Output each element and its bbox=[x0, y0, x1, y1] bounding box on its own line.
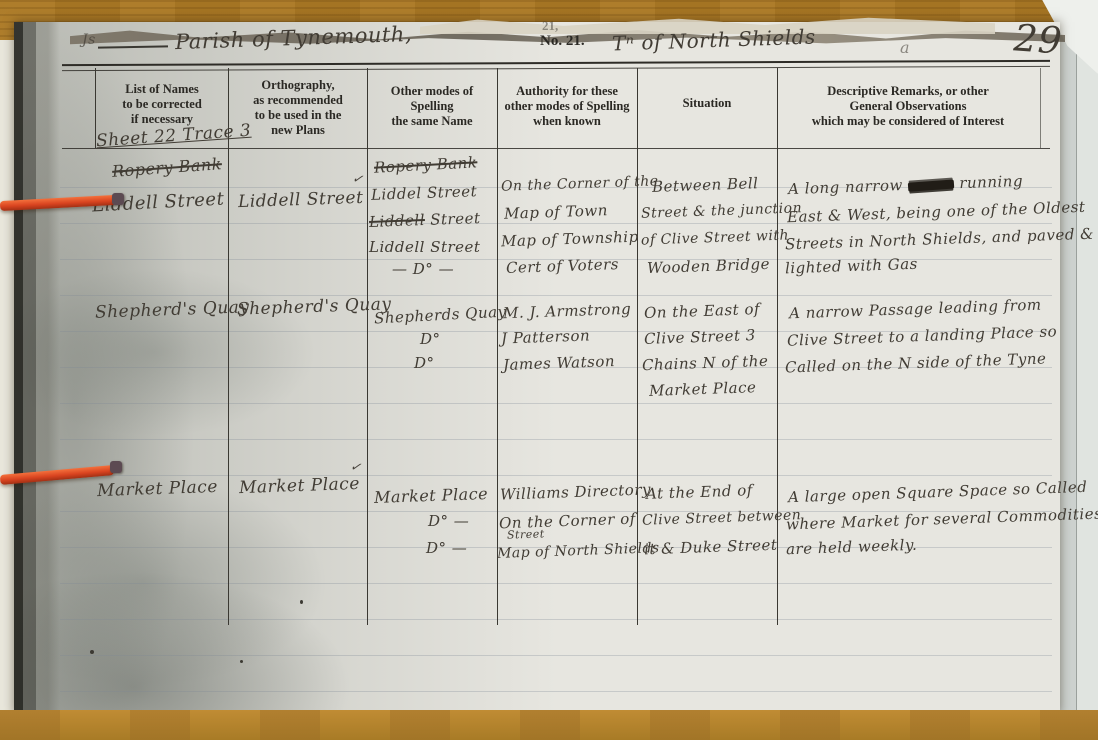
book-gutter-shadow bbox=[14, 22, 60, 714]
authority-line: J Patterson bbox=[501, 326, 591, 347]
situation-line: At the End of bbox=[646, 481, 753, 503]
remarks-text: running bbox=[959, 172, 1023, 192]
column-header-names: List of Names to be corrected if necessa… bbox=[97, 82, 227, 127]
binding-cord-tip bbox=[112, 193, 124, 205]
other-mode-line: D° bbox=[414, 354, 435, 372]
underlying-pages-edge-outer bbox=[1076, 0, 1098, 740]
column-header-remarks: Descriptive Remarks, or other General Ob… bbox=[779, 84, 1037, 129]
column-divider bbox=[228, 68, 229, 625]
authority-insert-word: Street bbox=[507, 527, 545, 541]
other-mode-line: Market Place bbox=[374, 484, 489, 507]
other-mode-line: D° bbox=[420, 330, 441, 348]
page-number: 29 bbox=[1013, 16, 1064, 62]
corner-initials: Js bbox=[82, 32, 96, 48]
situation-line: Between Bell bbox=[652, 174, 759, 196]
wooden-table-edge bbox=[0, 710, 1098, 740]
situation-line: Market Place bbox=[649, 378, 757, 400]
other-mode-line: Liddell Street bbox=[369, 238, 480, 256]
ink-speck bbox=[240, 660, 243, 663]
struck-word: Liddell bbox=[369, 211, 426, 231]
other-mode-line: Liddel Street bbox=[371, 182, 478, 204]
rest-word: Street bbox=[425, 209, 481, 229]
orthography-entry: Market Place bbox=[239, 474, 360, 498]
ghost-number: 21, bbox=[542, 18, 558, 33]
column-divider bbox=[497, 68, 498, 625]
column-divider bbox=[367, 68, 368, 625]
column-header-other-modes: Other modes of Spelling the same Name bbox=[369, 84, 495, 129]
column-header-authority: Authority for these other modes of Spell… bbox=[499, 84, 635, 129]
book-number-label: No. 21. bbox=[540, 34, 585, 49]
column-header-situation: Situation bbox=[639, 96, 775, 111]
scanned-name-book-page: Js Parish of Tynemouth, 21, No. 21. Tⁿ o… bbox=[0, 0, 1098, 740]
header-bottom-rule bbox=[62, 148, 1050, 149]
table-right-border bbox=[1040, 68, 1041, 148]
authority-line: Map of Town bbox=[504, 201, 608, 223]
ink-speck bbox=[90, 650, 94, 654]
other-mode-line: — D° — bbox=[392, 260, 454, 278]
binding-cord-tip bbox=[110, 461, 122, 473]
ink-speck bbox=[300, 600, 303, 604]
stray-mark: a bbox=[900, 38, 910, 57]
other-mode-line: D° — bbox=[426, 539, 467, 557]
other-mode-line: D° — bbox=[428, 512, 469, 530]
name-entry: Market Place bbox=[97, 477, 218, 501]
ink-blot bbox=[908, 179, 955, 191]
